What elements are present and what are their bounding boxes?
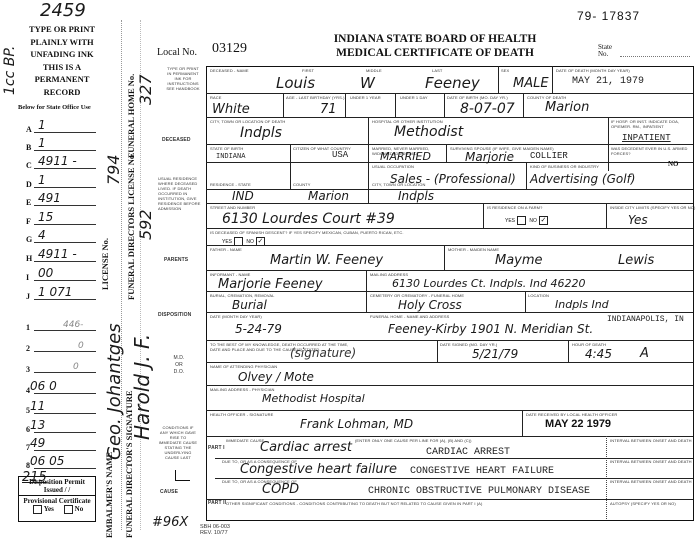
mother-first-name: Mayme	[495, 253, 543, 268]
spanish-yes-checkbox[interactable]	[234, 237, 243, 246]
kind-of-business: Advertising (Golf)	[530, 172, 635, 186]
state-field-3: 30	[8, 360, 96, 374]
permit-box: Disposition Permit Issued / / Provisiona…	[18, 476, 96, 522]
spanish-options: YES NO✓	[222, 237, 267, 246]
first-name: Louis	[276, 74, 315, 92]
race: White	[212, 102, 250, 117]
cause-b-typed: CONGESTIVE HEART FAILURE	[410, 466, 554, 477]
spouse-maiden-name: COLLIER	[530, 151, 568, 161]
cause-c-handwritten: COPD	[262, 482, 299, 497]
certificate-title: INDIANA STATE BOARD OF HEALTH MEDICAL CE…	[310, 32, 560, 60]
marital-status: MARRIED	[380, 150, 431, 163]
embalmer-label: EMBALMER'S NAME	[104, 452, 114, 538]
funeral-home-label: FUNERAL HOME No.	[126, 74, 136, 158]
state-of-birth: INDIANA	[216, 153, 245, 161]
health-officer-signature: Frank Lohman, MD	[300, 417, 413, 431]
state-field-d: D1	[8, 175, 96, 189]
date-signed: 5/21/79	[472, 347, 518, 361]
footer-handwritten-note: #96X	[152, 515, 188, 530]
local-no: 03129	[212, 41, 247, 57]
city-of-death: Indpls	[240, 125, 282, 141]
attending-physician: Olvey / Mote	[238, 370, 314, 384]
hour-of-death: 4:45	[585, 347, 612, 361]
ink-instructions: TYPE OR PRINT PLAINLY WITH UNFADING INK …	[22, 23, 102, 99]
state-field-1: 1446-	[8, 318, 96, 332]
cause-arrow-icon	[175, 470, 190, 481]
farm-yes-checkbox[interactable]	[517, 216, 526, 225]
type-instructions: TYPE OR PRINT IN PERMANENT INK FOR INSTR…	[165, 66, 201, 91]
informant-name: Marjorie Feeney	[218, 277, 323, 292]
funeral-home-name: Feeney-Kirby 1901 N. Meridian St.	[388, 322, 593, 336]
mother-last-name: Lewis	[618, 253, 654, 268]
funeral-directors-license-no: 592	[136, 209, 155, 240]
section-parents: PARENTS	[164, 258, 188, 263]
cause-a-handwritten: Cardiac arrest	[260, 440, 352, 455]
cause-a-typed: CARDIAC ARREST	[426, 447, 510, 458]
father-name: Martin W. Feeney	[270, 253, 383, 268]
section-conditions: CONDITIONS IF ANY WHICH GAVE RISE TO IMM…	[158, 425, 198, 460]
section-disposition: DISPOSITION	[158, 313, 191, 318]
date-received: MAY 22 1979	[545, 418, 611, 430]
cause-c-typed: CHRONIC OBSTRUCTIVE PULMONARY DISEASE	[368, 486, 590, 497]
state-field-h: H4911 -	[8, 249, 96, 263]
state-field-c: C4911 -	[8, 156, 96, 170]
state-field-i: I00	[8, 268, 96, 282]
state-field-f: F15	[8, 212, 96, 226]
last-name: Feeney	[425, 74, 480, 92]
form-number: SBH 06-003 REV. 10/77	[200, 524, 230, 536]
state-field-b: B1	[8, 138, 96, 152]
funeral-directors-license-label: FUNERAL DIRECTORS LICENSE No.	[126, 153, 136, 300]
state-field-6: 613	[8, 420, 96, 434]
section-md-do: M.D. OR D.O.	[170, 355, 188, 376]
hospital-status: INPATIENT	[622, 133, 671, 143]
middle-name: W	[360, 74, 375, 92]
cause-b-handwritten: Congestive heart failure	[240, 462, 397, 477]
spouse-name: Marjorie	[465, 150, 514, 164]
state-field-2: 20	[8, 339, 96, 353]
state-office-label: Below for State Office Use	[18, 104, 91, 111]
funeral-home-city: INDIANAPOLIS, IN	[607, 315, 684, 324]
state-field-j: J1 071	[8, 287, 96, 301]
certifier-signature: (signature)	[290, 346, 356, 360]
state-field-g: G4	[8, 230, 96, 244]
section-cause: CAUSE	[160, 490, 178, 495]
residence-street: 6130 Lourdes Court #39	[222, 211, 395, 227]
embalmer-name: Geo. Johantges	[104, 323, 125, 460]
state-field-7: 749	[8, 438, 96, 452]
hour-am-pm: A	[640, 346, 649, 361]
section-residence: USUAL RESIDENCE WHERE DECEASED LIVED. IF…	[158, 176, 202, 211]
cemetery-location: Indpls Ind	[555, 298, 609, 311]
provisional-yes-checkbox[interactable]	[33, 505, 42, 514]
spanish-no-checkbox[interactable]: ✓	[256, 237, 265, 246]
state-field-a: A1	[8, 120, 96, 134]
inside-city-limits: Yes	[628, 213, 648, 227]
licensee-label: LICENSE No.	[100, 238, 110, 290]
physician-address: Methodist Hospital	[262, 392, 365, 405]
certificate-number: 79- 17837	[577, 9, 640, 23]
licensee-no: 794	[104, 154, 123, 185]
cemetery: Holy Cross	[398, 298, 462, 312]
state-field-4: 406 0	[8, 381, 96, 395]
armed-forces: NO	[668, 160, 679, 168]
farm-options: YES NO✓	[505, 216, 550, 225]
state-field-5: 511	[8, 401, 96, 415]
residence-city: Indpls	[398, 189, 434, 203]
residence-state: IND	[232, 189, 254, 203]
sex: MALE	[513, 76, 549, 91]
date-of-death: MAY 21, 1979	[572, 76, 644, 87]
residence-county: Marion	[308, 189, 349, 203]
state-field-e: E491	[8, 193, 96, 207]
funeral-director-signature: Harold J. F.	[130, 334, 154, 440]
state-no-label: State No.	[598, 44, 616, 58]
burial: Burial	[232, 298, 267, 312]
citizen-of: USA	[332, 150, 348, 160]
top-number: 2459	[40, 0, 86, 21]
farm-no-checkbox[interactable]: ✓	[539, 216, 548, 225]
date-of-birth: 8-07-07	[460, 101, 515, 117]
disposition-date: 5-24-79	[235, 322, 282, 336]
age: 71	[320, 102, 337, 117]
section-deceased: DECEASED	[162, 138, 191, 143]
side-note: 1cc BP.	[2, 46, 18, 95]
informant-address: 6130 Lourdes Ct. Indpls. Ind 46220	[392, 277, 585, 290]
hospital: Methodist	[394, 124, 463, 140]
county-of-death: Marion	[545, 100, 589, 115]
state-field-8: 806 05	[8, 456, 96, 470]
provisional-no-checkbox[interactable]	[64, 505, 73, 514]
local-no-label: Local No.	[157, 47, 197, 58]
funeral-home-no: 327	[136, 74, 155, 105]
